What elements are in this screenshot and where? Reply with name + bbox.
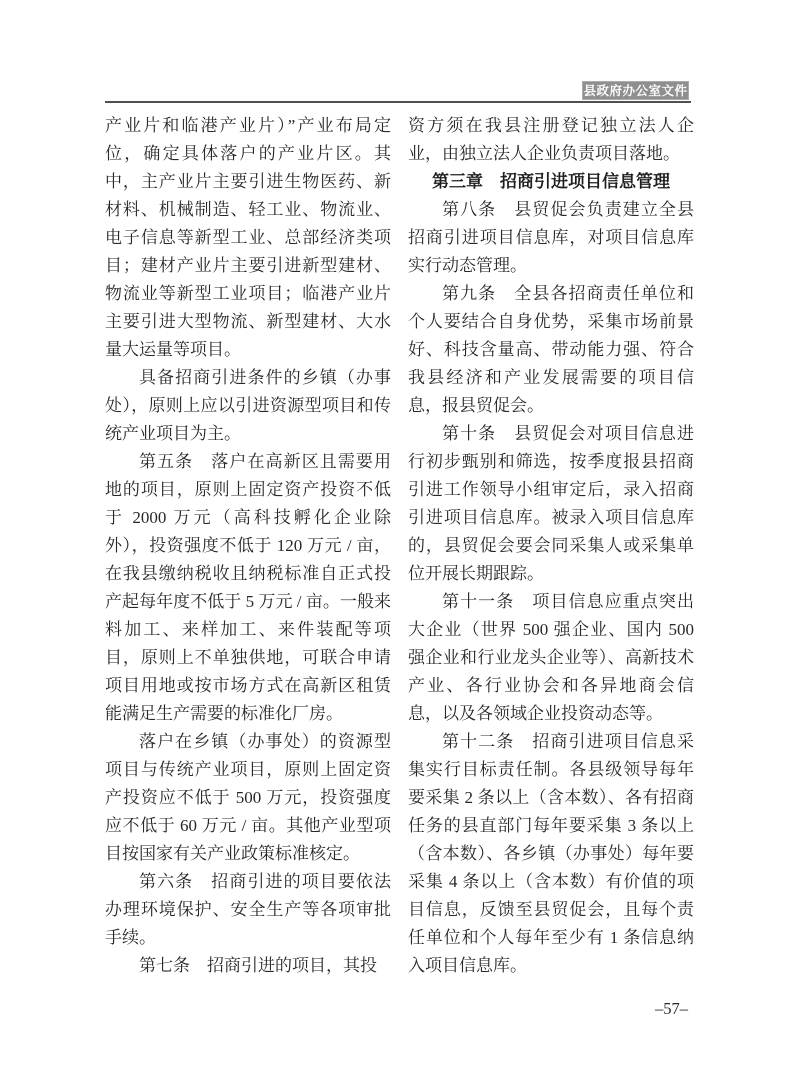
body-paragraph-article-10: 第十条 县贸促会对项目信息进行初步甄别和筛选，按季度报县招商引进工作领导小组审定… [408, 420, 694, 588]
header-rule [105, 101, 691, 103]
right-column: 资方须在我县注册登记独立法人企业，由独立法人企业负责项目落地。 第三章 招商引进… [408, 112, 694, 980]
body-paragraph-article-5: 第五条 落户在高新区且需要用地的项目，原则上固定资产投资不低于 2000 万元（… [105, 448, 391, 728]
body-paragraph: 资方须在我县注册登记独立法人企业，由独立法人企业负责项目落地。 [408, 112, 694, 168]
body-paragraph: 落户在乡镇（办事处）的资源型项目与传统产业项目，原则上固定资产投资应不低于 50… [105, 728, 391, 868]
left-column: 产业片和临港产业片）”产业布局定位，确定具体落户的产业片区。其中，主产业片主要引… [105, 112, 391, 980]
body-paragraph-article-7: 第七条 招商引进的项目，其投 [105, 952, 391, 980]
body-paragraph: 产业片和临港产业片）”产业布局定位，确定具体落户的产业片区。其中，主产业片主要引… [105, 112, 391, 364]
body-paragraph-article-9: 第九条 全县各招商责任单位和个人要结合自身优势，采集市场前景好、科技含量高、带动… [408, 280, 694, 420]
body-paragraph-article-8: 第八条 县贸促会负责建立全县招商引进项目信息库，对项目信息库实行动态管理。 [408, 196, 694, 280]
document-page: 县政府办公室文件 产业片和临港产业片）”产业布局定位，确定具体落户的产业片区。其… [0, 0, 793, 1077]
page-number: –57– [558, 999, 688, 1019]
chapter-heading: 第三章 招商引进项目信息管理 [408, 168, 694, 196]
body-paragraph-article-12: 第十二条 招商引进项目信息采集实行目标责任制。各县级领导每年要采集 2 条以上（… [408, 728, 694, 980]
body-paragraph-article-11: 第十一条 项目信息应重点突出大企业（世界 500 强企业、国内 500 强企业和… [408, 588, 694, 728]
body-paragraph: 具备招商引进条件的乡镇（办事处），原则上应以引进资源型项目和传统产业项目为主。 [105, 364, 391, 448]
header-document-category-tab: 县政府办公室文件 [582, 81, 689, 100]
body-paragraph-article-6: 第六条 招商引进的项目要依法办理环境保护、安全生产等各项审批手续。 [105, 868, 391, 952]
